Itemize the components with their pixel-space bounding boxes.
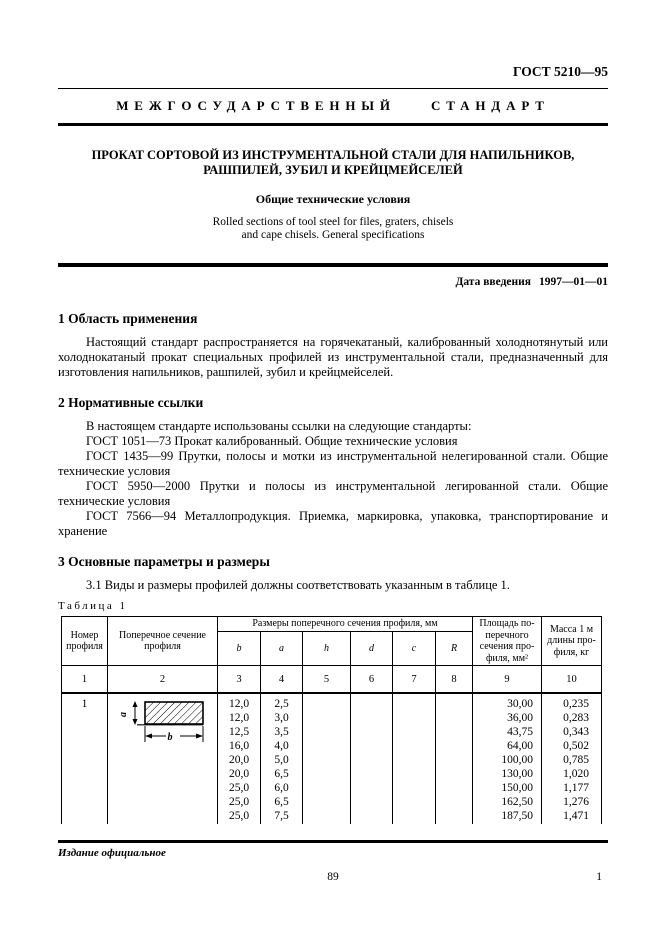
profile-row: 1 a: [62, 693, 602, 824]
ref-item-1051: ГОСТ 1051—73 Прокат калиброванный. Общие…: [58, 434, 608, 449]
thick-rule: [58, 123, 608, 126]
refs-intro: В настоящем стандарте использованы ссылк…: [58, 419, 608, 434]
page-numbers: 89 1: [58, 871, 608, 885]
date-value: 1997—01—01: [539, 276, 608, 288]
table-header-row-1: Номер профиля Поперечное сечение профиля…: [62, 617, 602, 632]
cross-section-diagram: a b: [115, 698, 211, 750]
section-1-paragraph: Настоящий стандарт распространяется на г…: [58, 335, 608, 380]
edition-note: Издание официальное: [58, 847, 608, 859]
section-3-heading: 3 Основные параметры и размеры: [58, 554, 608, 570]
doc-title: ПРОКАТ СОРТОВОЙ ИЗ ИНСТРУМЕНТАЛЬНОЙ СТАЛ…: [58, 148, 608, 178]
col-num-1: 1: [62, 666, 108, 694]
profiles-table: Номер профиля Поперечное сечение профиля…: [61, 616, 602, 824]
profile-number-cell: 1: [62, 693, 108, 824]
col-num-8: 8: [436, 666, 473, 694]
values-c: [393, 693, 436, 824]
dim-a-label: a: [118, 712, 129, 717]
values-a: 2,5 3,0 3,5 4,0 5,0 6,5 6,0 6,5 7,5: [261, 693, 303, 824]
ref-item-5950: ГОСТ 5950—2000 Прутки и полосы из инстру…: [58, 479, 608, 509]
col-header-mass: Масса 1 м длины про- филя, кг: [542, 617, 602, 666]
values-R: [436, 693, 473, 824]
hatched-rect: [145, 702, 203, 724]
section-2-heading: 2 Нормативные ссылки: [58, 395, 608, 411]
doc-number: ГОСТ 5210—95: [58, 0, 608, 80]
values-area: 30,00 36,00 43,75 64,00 100,00 130,00 15…: [473, 693, 542, 824]
col-header-c: c: [393, 632, 436, 666]
page-number-center: 89: [58, 871, 608, 883]
col-num-9: 9: [473, 666, 542, 694]
col-num-6: 6: [351, 666, 393, 694]
ref-item-7566: ГОСТ 7566—94 Металлопродукция. Приемка, …: [58, 509, 608, 539]
page-number-right: 1: [596, 871, 602, 883]
col-num-3: 3: [218, 666, 261, 694]
col-header-R: R: [436, 632, 473, 666]
document-page: ГОСТ 5210—95 МЕЖГОСУДАРСТВЕННЫЙ СТАНДАРТ…: [58, 0, 608, 885]
cross-section-cell: a b: [108, 693, 218, 824]
col-header-area: Площадь по- перечного сечения про- филя,…: [473, 617, 542, 666]
ref-item-1435: ГОСТ 1435—99 Прутки, полосы и мотки из и…: [58, 449, 608, 479]
column-numbers-row: 1 2 3 4 5 6 7 8 9 10: [62, 666, 602, 694]
clause-3-1: 3.1 Виды и размеры профилей должны соотв…: [58, 578, 608, 593]
footer-rule: [58, 840, 608, 843]
col-num-4: 4: [261, 666, 303, 694]
col-num-7: 7: [393, 666, 436, 694]
col-header-b: b: [218, 632, 261, 666]
values-d: [351, 693, 393, 824]
dim-b-label: b: [167, 732, 172, 743]
col-num-5: 5: [303, 666, 351, 694]
doc-subtitle: Общие технические условия: [58, 192, 608, 207]
col-header-a: a: [261, 632, 303, 666]
values-mass: 0,235 0,283 0,343 0,502 0,785 1,020 1,17…: [542, 693, 602, 824]
col-header-d: d: [351, 632, 393, 666]
section-1-heading: 1 Область применения: [58, 311, 608, 327]
values-h: [303, 693, 351, 824]
col-header-h: h: [303, 632, 351, 666]
values-b: 12,0 12,0 12,5 16,0 20,0 20,0 25,0 25,0 …: [218, 693, 261, 824]
thin-rule: [58, 88, 608, 89]
standard-type-banner: МЕЖГОСУДАРСТВЕННЫЙ СТАНДАРТ: [58, 98, 608, 114]
effective-date: Дата введения1997—01—01: [58, 276, 608, 288]
separator-bar: [58, 263, 608, 267]
col-header-cross-section: Поперечное сечение профиля: [108, 617, 218, 666]
col-num-10: 10: [542, 666, 602, 694]
table-caption: Таблица 1: [58, 600, 608, 612]
date-label: Дата введения: [455, 276, 531, 288]
col-header-profile-no: Номер профиля: [62, 617, 108, 666]
col-header-dimensions-group: Размеры поперечного сечения профиля, мм: [218, 617, 473, 632]
col-num-2: 2: [108, 666, 218, 694]
doc-title-en: Rolled sections of tool steel for files,…: [58, 216, 608, 242]
